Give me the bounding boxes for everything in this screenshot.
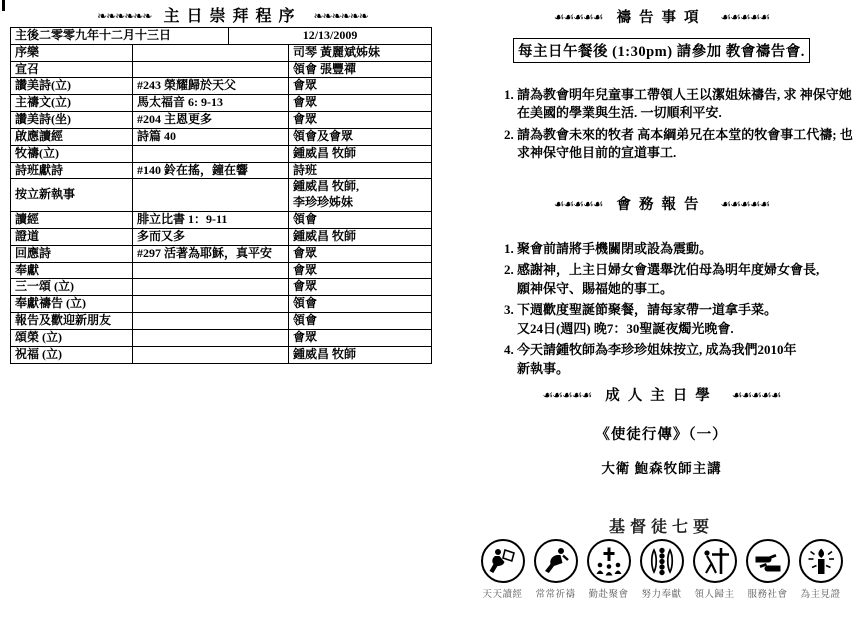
- cell-item: 詩班獻詩: [11, 162, 133, 179]
- cell-leader: 會眾: [289, 112, 432, 129]
- cell-leader: 領會 張豐禪: [289, 61, 432, 78]
- essential-label: 常常祈禱: [531, 586, 580, 600]
- essential-label: 領人歸主: [690, 586, 739, 600]
- table-row: 宣召領會 張豐禪: [11, 61, 432, 78]
- seven-essentials-title: 基督徒七要: [465, 514, 858, 537]
- cell-detail: [133, 44, 289, 61]
- cell-item: 三一頌 (立): [11, 279, 133, 296]
- table-row: 序樂司琴 黃麗斌姊妹: [11, 44, 432, 61]
- cell-detail: [133, 313, 289, 330]
- page-title: 主日崇拜程序: [163, 8, 301, 25]
- cell-item: 讀經: [11, 212, 133, 229]
- cell-detail: 詩篇 40: [133, 128, 289, 145]
- cell-leader: 司琴 黃麗斌姊妹: [289, 44, 432, 61]
- prayer-list: 請為教會明年兒童事工帶領人王以潔姐妹禱告, 求 神保守她在美國的學業與生活. 一…: [495, 86, 854, 166]
- cell-detail: [133, 179, 289, 212]
- worship-order-heading: ❧❧❧❧❧❧ 主日崇拜程序 ❧❧❧❧❧❧: [0, 3, 465, 26]
- date-row: 主後二零零九年十二月十三日 12/13/2009: [11, 28, 432, 45]
- cell-detail: [133, 61, 289, 78]
- essential-item: 領人歸主: [690, 539, 739, 600]
- cell-leader: 領會: [289, 212, 432, 229]
- essential-label: 天天讀經: [478, 586, 527, 600]
- cell-detail: [133, 145, 289, 162]
- cell-leader: 鍾威昌 牧師: [289, 228, 432, 245]
- essential-item: 為主見證: [796, 539, 845, 600]
- worship-order-column: ❧❧❧❧❧❧ 主日崇拜程序 ❧❧❧❧❧❧ 主後二零零九年十二月十三日 12/13…: [0, 0, 465, 618]
- cell-item: 讚美詩(立): [11, 78, 133, 95]
- table-row: 回應詩#297 活著為耶穌，真平安會眾: [11, 245, 432, 262]
- bulletin-page: ❧❧❧❧❧❧ 主日崇拜程序 ❧❧❧❧❧❧ 主後二零零九年十二月十三日 12/13…: [0, 0, 858, 618]
- essential-item: 服務社會: [743, 539, 792, 600]
- table-row: 主禱文(立)馬太福音 6: 9-13會眾: [11, 95, 432, 112]
- book-reading-icon: [481, 539, 525, 583]
- cell-item: 證道: [11, 228, 133, 245]
- table-row: 啟應讀經詩篇 40領會及會眾: [11, 128, 432, 145]
- prayer-section-heading: ☙☙☙☙☙ 禱告事項 ☙☙☙☙☙: [465, 6, 858, 27]
- cell-detail: [133, 279, 289, 296]
- cell-leader: 領會及會眾: [289, 128, 432, 145]
- cell-item: 回應詩: [11, 245, 133, 262]
- cell-item: 奉獻禱告 (立): [11, 296, 133, 313]
- loaves-fishes-icon: [640, 539, 684, 583]
- flourish-left-icon: ❧❧❧❧❧❧: [97, 9, 151, 23]
- cell-detail: #297 活著為耶穌，真平安: [133, 245, 289, 262]
- list-item: 感謝神，上主日婦女會選舉沈伯母為明年度婦女會長, 願神保守、賜福她的事工。: [517, 261, 854, 298]
- sunday-school-book: 《使徒行傳》（一）: [465, 423, 858, 444]
- table-row: 三一頌 (立)會眾: [11, 279, 432, 296]
- cell-leader: 會眾: [289, 245, 432, 262]
- scroll-flourish-icon: ☙☙☙☙☙: [542, 388, 591, 402]
- cell-detail: #243 榮耀歸於天父: [133, 78, 289, 95]
- list-item: 今天請鍾牧師為李珍珍姐妹按立, 成為我們2010年 新執事。: [517, 341, 854, 378]
- congregation-cross-icon: [587, 539, 631, 583]
- cell-detail: #204 主恩更多: [133, 112, 289, 129]
- table-row: 祝福 (立)鍾威昌 牧師: [11, 346, 432, 363]
- cell-item: 按立新執事: [11, 179, 133, 212]
- cell-leader: 鍾威昌 牧師: [289, 346, 432, 363]
- prayer-meeting-notice-wrap: 每主日午餐後 (1:30pm) 請參加 教會禱告會.: [465, 38, 858, 63]
- praying-icon: [534, 539, 578, 583]
- cell-leader: 鍾威昌 牧師, 李珍珍姊妹: [289, 179, 432, 212]
- table-row: 詩班獻詩#140 鈴在搖，鐘在響詩班: [11, 162, 432, 179]
- candle-witness-icon: [799, 539, 843, 583]
- cell-item: 主禱文(立): [11, 95, 133, 112]
- cell-item: 祝福 (立): [11, 346, 133, 363]
- sunday-school-heading: ☙☙☙☙☙ 成人主日學 ☙☙☙☙☙: [465, 384, 858, 405]
- essential-label: 為主見證: [796, 586, 845, 600]
- list-item: 請為教會明年兒童事工帶領人王以潔姐妹禱告, 求 神保守她在美國的學業與生活. 一…: [517, 86, 854, 123]
- table-row: 牧禱(立)鍾威昌 牧師: [11, 145, 432, 162]
- sunday-school-title: 成人主日學: [605, 388, 718, 404]
- scroll-flourish-icon: ☙☙☙☙☙: [554, 197, 603, 211]
- prayer-meeting-notice: 每主日午餐後 (1:30pm) 請參加 教會禱告會.: [513, 38, 810, 63]
- cell-item: 宣召: [11, 61, 133, 78]
- service-table-body: 序樂司琴 黃麗斌姊妹宣召領會 張豐禪讚美詩(立)#243 榮耀歸於天父會眾主禱文…: [11, 44, 432, 363]
- table-row: 讚美詩(坐)#204 主恩更多會眾: [11, 112, 432, 129]
- essential-item: 努力奉獻: [637, 539, 686, 600]
- sunday-school-speaker: 大衛 鮑森牧師主講: [465, 457, 858, 477]
- cell-item: 頌榮 (立): [11, 329, 133, 346]
- essential-label: 努力奉獻: [637, 586, 686, 600]
- cell-detail: [133, 346, 289, 363]
- cell-detail: 馬太福音 6: 9-13: [133, 95, 289, 112]
- business-report-title: 會務報告: [617, 197, 707, 213]
- table-row: 證道多而又多鍾威昌 牧師: [11, 228, 432, 245]
- essential-item: 天天讀經: [478, 539, 527, 600]
- seven-essentials-row: 天天讀經常常祈禱勤赴聚會努力奉獻領人歸主服務社會為主見證: [465, 539, 858, 600]
- cell-item: 讚美詩(坐): [11, 112, 133, 129]
- table-row: 讀經腓立比書 1：9-11領會: [11, 212, 432, 229]
- announcements-list: 聚會前請將手機關閉或設為震動。感謝神，上主日婦女會選舉沈伯母為明年度婦女會長, …: [495, 240, 854, 381]
- cell-item: 啟應讀經: [11, 128, 133, 145]
- table-row: 讚美詩(立)#243 榮耀歸於天父會眾: [11, 78, 432, 95]
- cell-leader: 領會: [289, 296, 432, 313]
- table-row: 頌榮 (立)會眾: [11, 329, 432, 346]
- essential-label: 服務社會: [743, 586, 792, 600]
- scroll-flourish-icon: ☙☙☙☙☙: [554, 10, 603, 24]
- essential-item: 常常祈禱: [531, 539, 580, 600]
- flourish-right-icon: ❧❧❧❧❧❧: [314, 9, 368, 23]
- table-row: 按立新執事鍾威昌 牧師, 李珍珍姊妹: [11, 179, 432, 212]
- business-section-heading: ☙☙☙☙☙ 會務報告 ☙☙☙☙☙: [465, 193, 858, 214]
- scroll-flourish-icon: ☙☙☙☙☙: [721, 10, 770, 24]
- cell-leader: 會眾: [289, 329, 432, 346]
- cell-item: 牧禱(立): [11, 145, 133, 162]
- cell-leader: 會眾: [289, 279, 432, 296]
- cell-leader: 鍾威昌 牧師: [289, 145, 432, 162]
- date-chinese-cell: 主後二零零九年十二月十三日: [11, 28, 229, 45]
- date-western-cell: 12/13/2009: [229, 28, 432, 45]
- list-item: 聚會前請將手機關閉或設為震動。: [517, 240, 854, 258]
- cell-item: 報告及歡迎新朋友: [11, 313, 133, 330]
- scroll-flourish-icon: ☙☙☙☙☙: [721, 197, 770, 211]
- cell-item: 序樂: [11, 44, 133, 61]
- cell-leader: 詩班: [289, 162, 432, 179]
- cell-leader: 會眾: [289, 262, 432, 279]
- essential-label: 勤赴聚會: [584, 586, 633, 600]
- cell-leader: 會眾: [289, 95, 432, 112]
- prayer-title: 禱告事項: [617, 10, 707, 26]
- cell-leader: 領會: [289, 313, 432, 330]
- essential-item: 勤赴聚會: [584, 539, 633, 600]
- cell-detail: 腓立比書 1：9-11: [133, 212, 289, 229]
- list-item: 下週歡度聖誕節聚餐，請每家帶一道拿手菜。 又24日(週四) 晚7：30聖誕夜燭光…: [517, 301, 854, 338]
- table-row: 奉獻禱告 (立)領會: [11, 296, 432, 313]
- cell-detail: 多而又多: [133, 228, 289, 245]
- list-item: 請為教會未來的牧者 高本綱弟兄在本堂的牧會事工代禱; 也求神保守他目前的宣道事工…: [517, 126, 854, 163]
- cell-leader: 會眾: [289, 78, 432, 95]
- person-to-cross-icon: [693, 539, 737, 583]
- cell-detail: [133, 329, 289, 346]
- cell-detail: #140 鈴在搖，鐘在響: [133, 162, 289, 179]
- announcements-column: ☙☙☙☙☙ 禱告事項 ☙☙☙☙☙ 每主日午餐後 (1:30pm) 請參加 教會禱…: [465, 0, 858, 618]
- service-order-table: 主後二零零九年十二月十三日 12/13/2009 序樂司琴 黃麗斌姊妹宣召領會 …: [10, 27, 432, 364]
- cell-item: 奉獻: [11, 262, 133, 279]
- cell-detail: [133, 296, 289, 313]
- table-row: 報告及歡迎新朋友領會: [11, 313, 432, 330]
- cell-detail: [133, 262, 289, 279]
- scroll-flourish-icon: ☙☙☙☙☙: [732, 388, 781, 402]
- serving-hands-icon: [746, 539, 790, 583]
- service-table-head: 主後二零零九年十二月十三日 12/13/2009: [11, 28, 432, 45]
- table-row: 奉獻會眾: [11, 262, 432, 279]
